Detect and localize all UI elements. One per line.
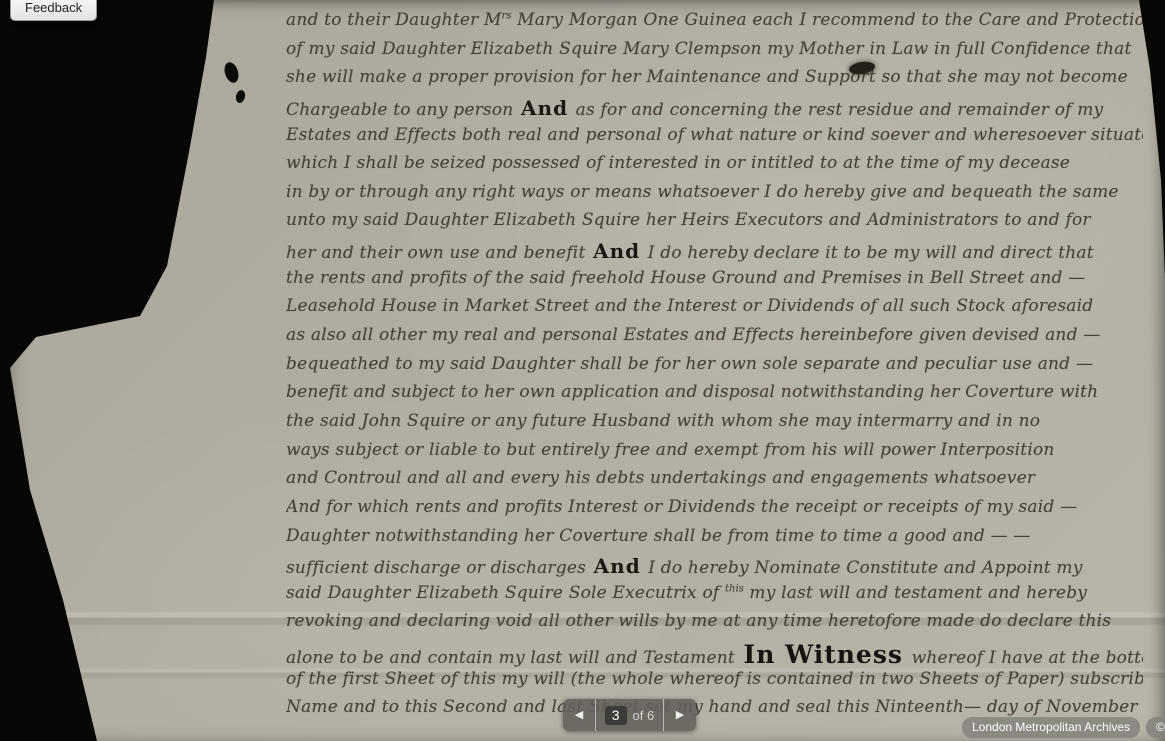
manuscript-line: Leasehold House in Market Street and the…	[286, 296, 1143, 325]
wormhole-mark	[235, 89, 247, 104]
manuscript-line: and Controul and all and every his debts…	[286, 468, 1143, 497]
right-arrow-icon: ▶	[676, 710, 684, 721]
feedback-button[interactable]: Feedback	[10, 0, 97, 21]
manuscript-line: of the first Sheet of this my will (the …	[286, 669, 1143, 698]
manuscript-page: and to their Daughter Mrs Mary Morgan On…	[0, 0, 1165, 741]
wormhole-mark	[222, 61, 241, 85]
manuscript-line: unto my said Daughter Elizabeth Squire h…	[286, 210, 1143, 239]
manuscript-line: bequeathed to my said Daughter shall be …	[286, 354, 1143, 383]
manuscript-line: as also all other my real and personal E…	[286, 325, 1143, 354]
manuscript-line: Estates and Effects both real and person…	[286, 125, 1143, 154]
manuscript-line: of my said Daughter Elizabeth Squire Mar…	[286, 39, 1143, 68]
manuscript-line: ways subject or liable to but entirely f…	[286, 440, 1143, 469]
manuscript-line: said Daughter Elizabeth Squire Sole Exec…	[286, 583, 1143, 612]
manuscript-line: sufficient discharge or discharges And I…	[286, 554, 1143, 583]
footer-attribution: London Metropolitan Archives © 1997-2	[962, 717, 1165, 738]
page-navigation: ◀ 3 of 6 ▶	[563, 699, 696, 731]
manuscript-line: which I shall be seized possessed of int…	[286, 153, 1143, 182]
manuscript-line: and to their Daughter Mrs Mary Morgan On…	[286, 10, 1143, 39]
manuscript-line: the rents and profits of the said freeho…	[286, 268, 1143, 297]
manuscript-text: and to their Daughter Mrs Mary Morgan On…	[286, 10, 1143, 741]
previous-page-button[interactable]: ◀	[563, 699, 595, 731]
page-indicator-group: 3 of 6	[595, 699, 664, 731]
manuscript-line: benefit and subject to her own applicati…	[286, 382, 1143, 411]
current-page-indicator[interactable]: 3	[605, 706, 627, 725]
manuscript-line: she will make a proper provision for her…	[286, 67, 1143, 96]
manuscript-line: the said John Squire or any future Husba…	[286, 411, 1143, 440]
manuscript-line: Chargeable to any person And as for and …	[286, 96, 1143, 125]
manuscript-line: in by or through any right ways or means…	[286, 182, 1143, 211]
copyright-badge: © 1997-2	[1146, 717, 1165, 738]
page-count-label: of 6	[633, 708, 655, 723]
manuscript-line: alone to be and contain my last will and…	[286, 640, 1143, 669]
left-arrow-icon: ◀	[575, 710, 583, 721]
manuscript-line: revoking and declaring void all other wi…	[286, 611, 1143, 640]
manuscript-line: her and their own use and benefit And I …	[286, 239, 1143, 268]
document-viewer: and to their Daughter Mrs Mary Morgan On…	[0, 0, 1165, 741]
next-page-button[interactable]: ▶	[664, 699, 696, 731]
archive-attribution-badge: London Metropolitan Archives	[962, 717, 1140, 738]
manuscript-line: And for which rents and profits Interest…	[286, 497, 1143, 526]
manuscript-line: Daughter notwithstanding her Coverture s…	[286, 526, 1143, 555]
